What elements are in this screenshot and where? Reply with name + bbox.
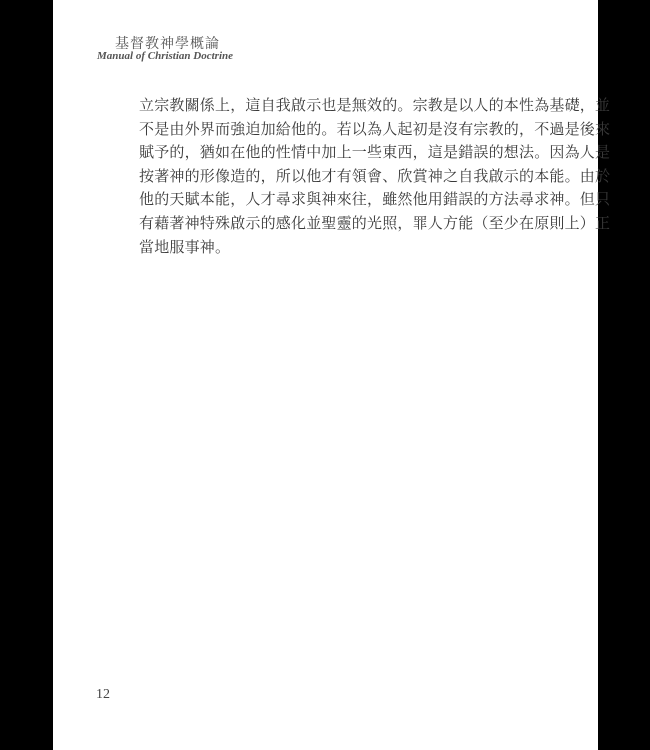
text-line: 當地服事神。 <box>139 236 539 260</box>
body-paragraph: 立宗教關係上，這自我啟示也是無效的。宗教是以人的本性為基礎，並 不是由外界而強迫… <box>139 94 539 259</box>
running-header-english-title: Manual of Christian Doctrine <box>97 50 233 62</box>
text-line: 立宗教關係上，這自我啟示也是無效的。宗教是以人的本性為基礎，並 <box>139 94 539 118</box>
text-line: 不是由外界而強迫加給他的。若以為人起初是沒有宗教的，不過是後來 <box>139 118 539 142</box>
text-line: 賦予的，猶如在他的性情中加上一些東西，這是錯誤的想法。因為人是 <box>139 141 539 165</box>
page-number: 12 <box>96 687 110 703</box>
text-line: 他的天賦本能，人才尋求與神來往，雖然他用錯誤的方法尋求神。但只 <box>139 188 539 212</box>
text-line: 有藉著神特殊啟示的感化並聖靈的光照，罪人方能（至少在原則上）正 <box>139 212 539 236</box>
book-page: 基督教神學概論 Manual of Christian Doctrine 立宗教… <box>53 0 598 750</box>
text-line: 按著神的形像造的，所以他才有領會、欣賞神之自我啟示的本能。由於 <box>139 165 539 189</box>
